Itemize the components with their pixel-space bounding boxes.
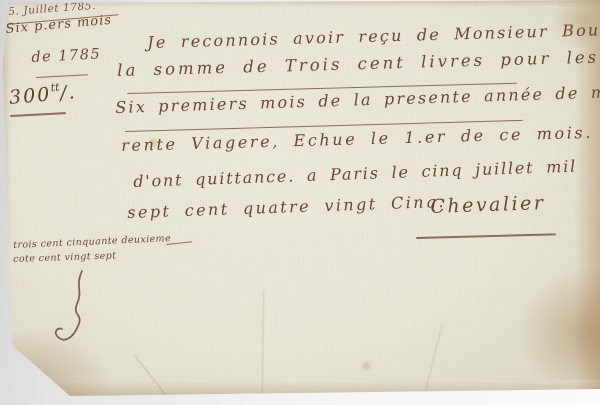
manuscript-line: sept cent quatre vingt Cinq. [127, 192, 446, 222]
archival-note: cote cent vingt sept [13, 250, 117, 265]
stain [58, 381, 600, 396]
signature-flourish [416, 233, 556, 238]
manuscript-line: d'ont quittance. a Paris le cinq juillet… [133, 157, 577, 191]
manuscript-line: la somme de Trois cent livres pour les [117, 48, 599, 80]
margin-period-year: de 1785 [31, 46, 102, 66]
archival-note: trois cent cinquante deuxieme [13, 233, 171, 251]
paper-crease [134, 356, 171, 403]
amount-suffix: /. [59, 81, 77, 104]
manuscript-paper: 5. Juillet 1785. Six p.ers mois de 1785 … [0, 0, 600, 405]
paper-crease [423, 325, 442, 397]
paraph-mark [52, 268, 94, 352]
ink-underline [36, 74, 88, 78]
stain [0, 0, 11, 405]
signature: Chevalier [430, 192, 546, 218]
margin-amount: 300tt/. [8, 79, 77, 109]
photo-background: 5. Juillet 1785. Six p.ers mois de 1785 … [0, 0, 600, 405]
amount-value: 300 [8, 83, 52, 109]
paper-crease [261, 290, 264, 396]
stain [518, 268, 600, 380]
manuscript-line: Je reconnois avoir reçu de Monsieur Bout… [147, 20, 600, 52]
manuscript-line: rente Viagere, Echue le 1.er de ce mois. [121, 123, 593, 155]
ink-underline [10, 112, 66, 117]
stain [360, 360, 372, 372]
